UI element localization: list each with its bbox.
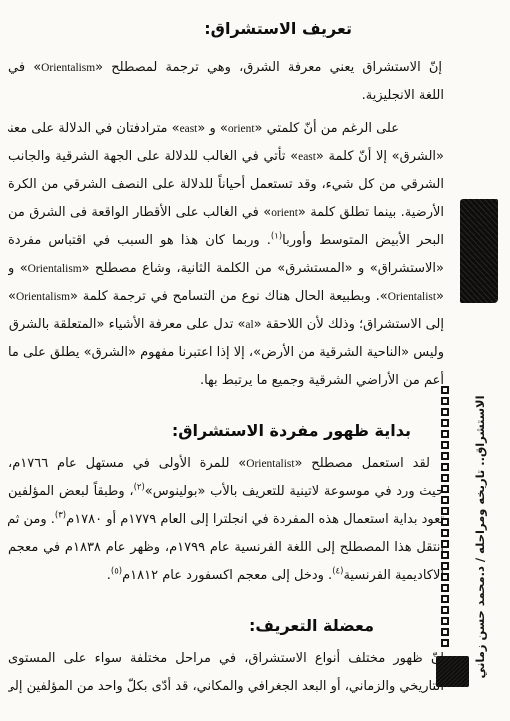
text-line: وليس «الناحية الشرقية من الأرض»، إلا إذا… — [8, 339, 444, 367]
section-heading: تعريف الاستشراق: — [8, 18, 444, 40]
article-body: تعريف الاستشراق:إنّ الاستشراق يعني معرفة… — [8, 18, 444, 701]
ornament-squares-strip — [441, 386, 449, 647]
ornament-square — [441, 474, 449, 482]
footnote-marker: (٤) — [332, 567, 343, 577]
latin-term: al — [245, 319, 253, 331]
ornament-square — [441, 485, 449, 493]
ornament-square — [441, 452, 449, 460]
text-line: على الرغم من أنّ كلمتي «orient» و «east»… — [8, 115, 444, 143]
ornament-square — [441, 606, 449, 614]
text-line: «Orientalist». وبطبيعة الحال هناك نوع من… — [8, 283, 444, 311]
ornament-square — [441, 397, 449, 405]
ornament-square — [441, 540, 449, 548]
ornament-square — [441, 529, 449, 537]
scan-ink-blot-top — [460, 199, 498, 303]
text-line: الشرقي من كل شيء، وقد تستعمل أحياناً للد… — [8, 171, 444, 199]
text-line: الاكاديمية الفرنسية(٤). ودخل إلى معجم اك… — [8, 562, 444, 590]
ornament-square — [441, 584, 449, 592]
footnote-marker: (٥) — [111, 567, 122, 577]
ornament-square — [441, 507, 449, 515]
text-line: إنّ ظهور مختلف أنواع الاستشراق، في مراحل… — [8, 645, 444, 673]
ornament-square — [441, 430, 449, 438]
text-line: «الشرق» إلا أنّ كلمة «east» تأتي في الغا… — [8, 143, 444, 171]
latin-term: orient — [228, 123, 255, 135]
section-heading: بداية ظهور مفردة الاستشراق: — [8, 420, 444, 442]
ornament-square — [441, 562, 449, 570]
text-line: الأرضية. بينما تطلق كلمة «orient» في الغ… — [8, 199, 444, 227]
latin-term: Orientalism — [16, 291, 70, 303]
sidebar-book-title: الاستشراق.. تاريخه ومراحله / د.محمد حسن … — [473, 395, 487, 678]
footnote-marker: (٢) — [134, 483, 145, 493]
ornament-square — [441, 595, 449, 603]
section-heading: معضلة التعريف: — [8, 615, 444, 637]
ornament-square — [441, 617, 449, 625]
book-page: تعريف الاستشراق:إنّ الاستشراق يعني معرفة… — [0, 0, 510, 721]
ornament-square — [441, 408, 449, 416]
footnote-marker: (١) — [271, 232, 282, 242]
text-line: إنّ الاستشراق يعني معرفة الشرق، وهي ترجم… — [8, 54, 444, 82]
text-line: «الاستشراق» و «المستشرق» من الكلمة الثان… — [8, 255, 444, 283]
ornament-square — [441, 441, 449, 449]
text-line: إلى الاستشراق؛ وذلك لأن اللاحقة «al» تدل… — [8, 311, 444, 339]
latin-term: Orientalist — [388, 291, 436, 303]
latin-term: east — [298, 151, 316, 163]
text-line: لقد استعمل مصطلح «Orientalist» للمرة الأ… — [8, 450, 444, 478]
latin-term: Orientalism — [28, 263, 82, 275]
text-line: اللغة الانجليزية. — [8, 82, 444, 110]
latin-term: orient — [271, 207, 298, 219]
ornament-square — [441, 386, 449, 394]
ornament-square — [441, 573, 449, 581]
ornament-square — [441, 639, 449, 647]
ornament-square — [441, 628, 449, 636]
text-line: حيث ورد في موسوعة لاتينية للتعريف بالأب … — [8, 478, 444, 506]
latin-term: Orientalism — [41, 62, 95, 74]
latin-term: east — [180, 123, 198, 135]
scan-ink-blot-bottom — [436, 656, 469, 687]
ornament-square — [441, 463, 449, 471]
text-line: التاريخي والزماني، أو البعد الجغرافي وال… — [8, 673, 444, 701]
ornament-square — [441, 518, 449, 526]
text-line: انتقل هذا المصطلح إلى اللغة الفرنسية عام… — [8, 534, 444, 562]
ornament-square — [441, 496, 449, 504]
latin-term: Orientalist — [246, 458, 294, 470]
text-line: البحر الأبيض المتوسط وأوربا(١). وربما كا… — [8, 227, 444, 255]
ornament-square — [441, 551, 449, 559]
footnote-marker: (٣) — [55, 511, 66, 521]
ornament-square — [441, 419, 449, 427]
text-line: تعود بداية استعمال هذه المفردة في انجلتر… — [8, 506, 444, 534]
text-line: أعم من الأراضي الشرقية وجميع ما يرتبط به… — [8, 367, 444, 395]
